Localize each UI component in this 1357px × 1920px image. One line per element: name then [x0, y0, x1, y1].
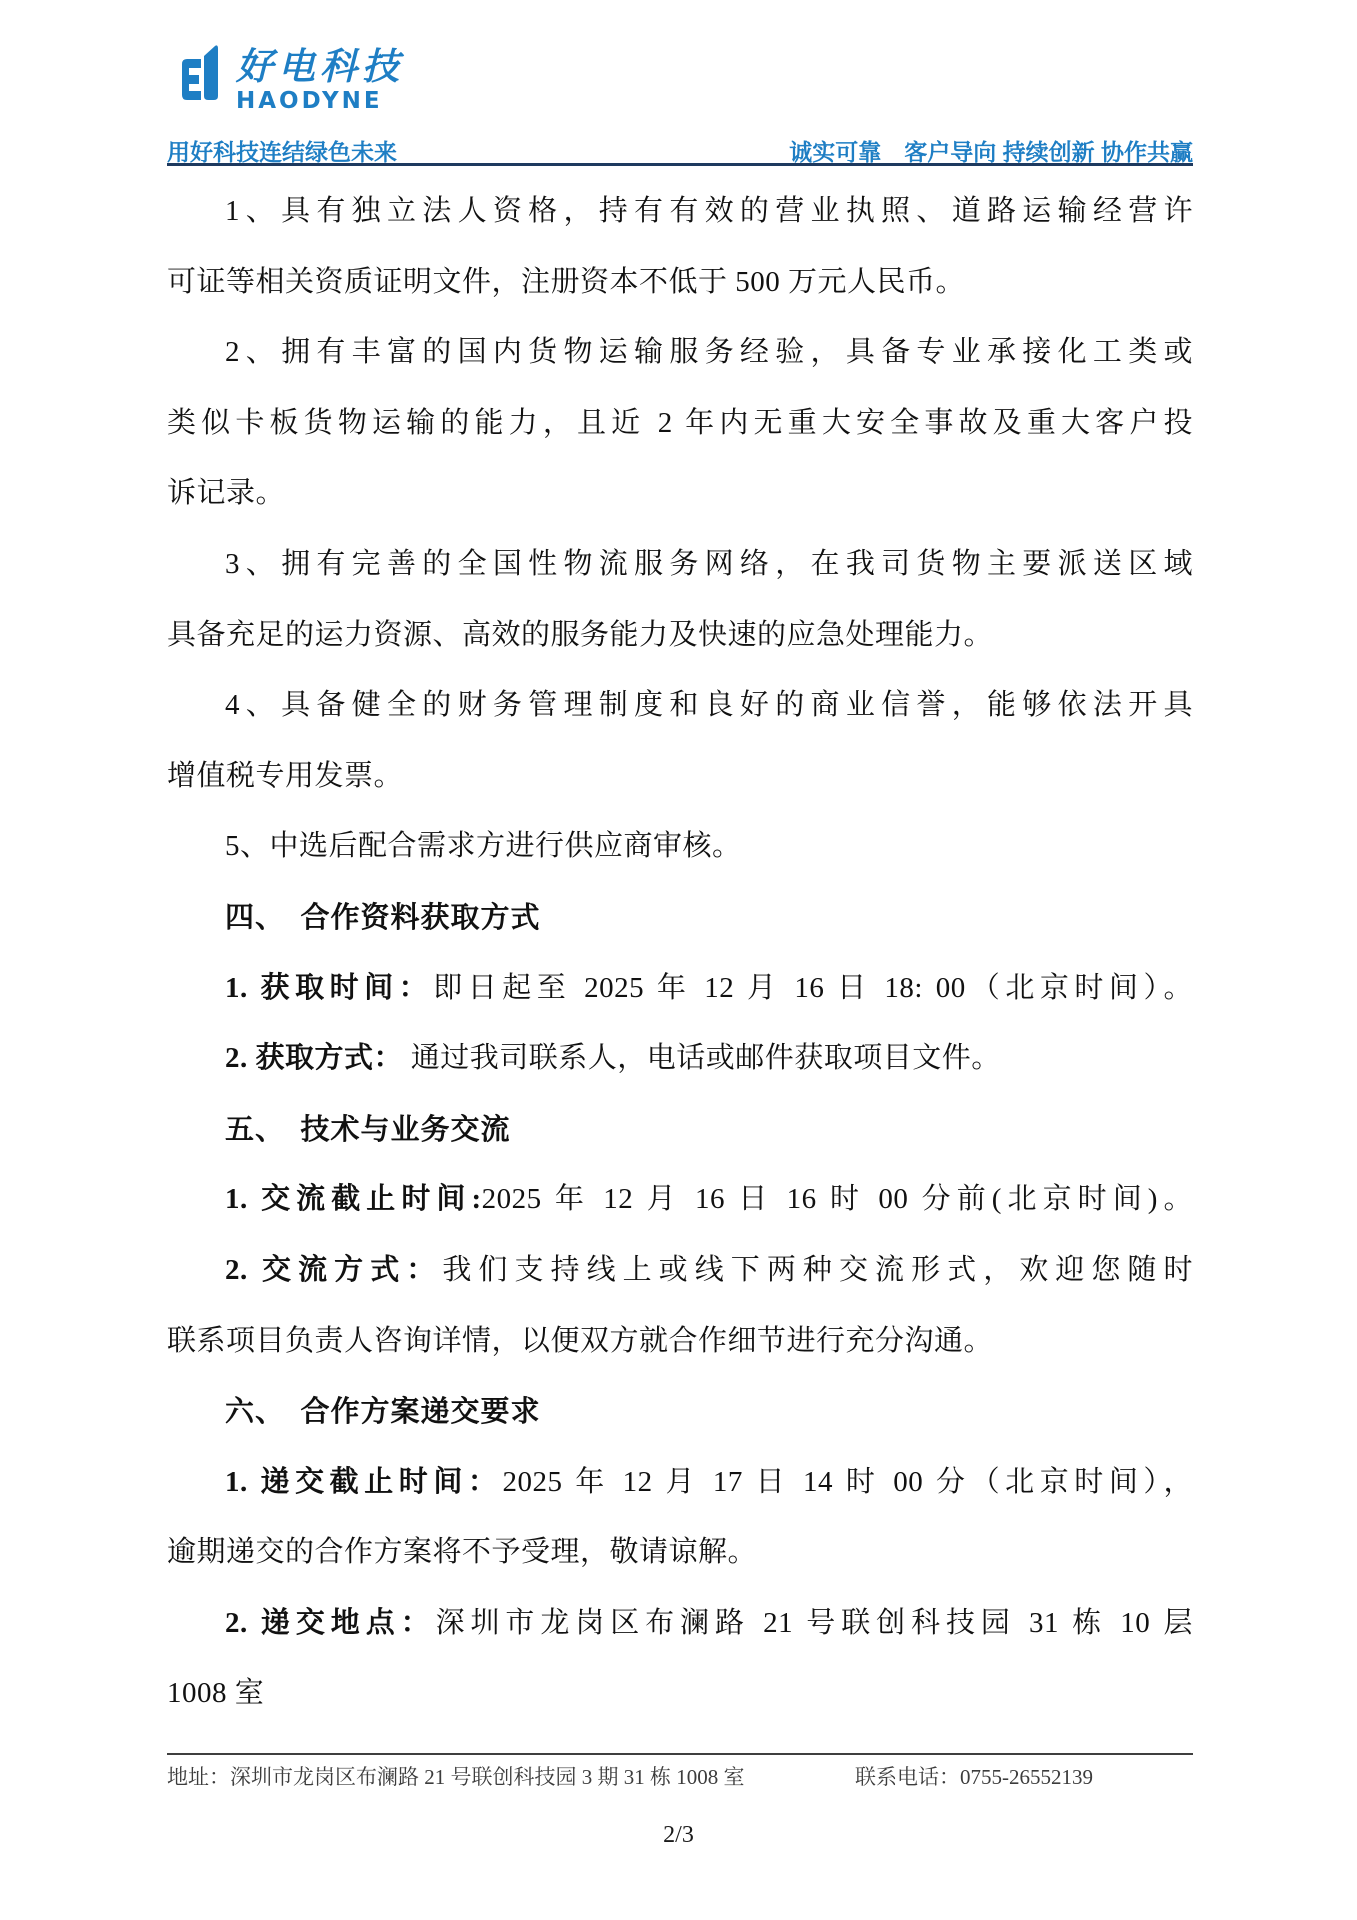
footer-phone: 联系电话：0755-26552139 — [855, 1760, 1093, 1794]
doc-line: 5、中选后配合需求方进行供应商审核。 — [167, 811, 1193, 882]
doc-line: 2. 获取方式： 通过我司联系人，电话或邮件获取项目文件。 — [167, 1023, 1193, 1094]
footer: 地址：深圳市龙岗区布澜路 21 号联创科技园 3 期 31 栋 1008 室 联… — [167, 1760, 1193, 1794]
header-divider — [167, 163, 1193, 166]
doc-line: 逾期递交的合作方案将不予受理，敬请谅解。 — [167, 1517, 1193, 1588]
doc-line: 具备充足的运力资源、高效的服务能力及快速的应急处理能力。 — [167, 600, 1193, 671]
doc-line: 2. 递交地点：深圳市龙岗区布澜路 21 号联创科技园 31 栋 10 层 — [167, 1588, 1193, 1659]
company-logo: 好电科技 HAODYNE — [170, 44, 404, 114]
doc-line: 类似卡板货物运输的能力，且近 2 年内无重大安全事故及重大客户投 — [167, 388, 1193, 459]
logo-chinese-name: 好电科技 — [236, 48, 404, 88]
logo-mark-icon — [170, 44, 222, 108]
doc-line: 1、具有独立法人资格，持有有效的营业执照、道路运输经营许 — [167, 176, 1193, 247]
page-number: 2/3 — [0, 1822, 1357, 1849]
footer-divider — [167, 1753, 1193, 1755]
document-body: 1、具有独立法人资格，持有有效的营业执照、道路运输经营许 可证等相关资质证明文件… — [167, 176, 1193, 1729]
footer-address: 地址：深圳市龙岗区布澜路 21 号联创科技园 3 期 31 栋 1008 室 — [167, 1760, 745, 1794]
doc-line: 诉记录。 — [167, 458, 1193, 529]
section-heading: 五、 技术与业务交流 — [167, 1094, 1193, 1165]
doc-line: 1. 交流截止时间:2025 年 12 月 16 日 16 时 00 分前(北京… — [167, 1164, 1193, 1235]
doc-line: 2. 交流方式：我们支持线上或线下两种交流形式，欢迎您随时 — [167, 1235, 1193, 1306]
doc-line: 可证等相关资质证明文件，注册资本不低于 500 万元人民币。 — [167, 247, 1193, 318]
doc-line: 联系项目负责人咨询详情，以便双方就合作细节进行充分沟通。 — [167, 1306, 1193, 1377]
section-heading: 四、 合作资料获取方式 — [167, 882, 1193, 953]
doc-line: 1. 递交截止时间：2025 年 12 月 17 日 14 时 00 分（北京时… — [167, 1447, 1193, 1518]
section-heading: 六、 合作方案递交要求 — [167, 1376, 1193, 1447]
doc-line: 2、拥有丰富的国内货物运输服务经验，具备专业承接化工类或 — [167, 317, 1193, 388]
logo-english-name: HAODYNE — [236, 88, 404, 114]
doc-line: 4、具备健全的财务管理制度和良好的商业信誉，能够依法开具 — [167, 670, 1193, 741]
doc-line: 1008 室 — [167, 1658, 1193, 1729]
doc-line: 1. 获取时间：即日起至 2025 年 12 月 16 日 18: 00（北京时… — [167, 953, 1193, 1024]
doc-line: 增值税专用发票。 — [167, 741, 1193, 812]
doc-line: 3、拥有完善的全国性物流服务网络，在我司货物主要派送区域 — [167, 529, 1193, 600]
